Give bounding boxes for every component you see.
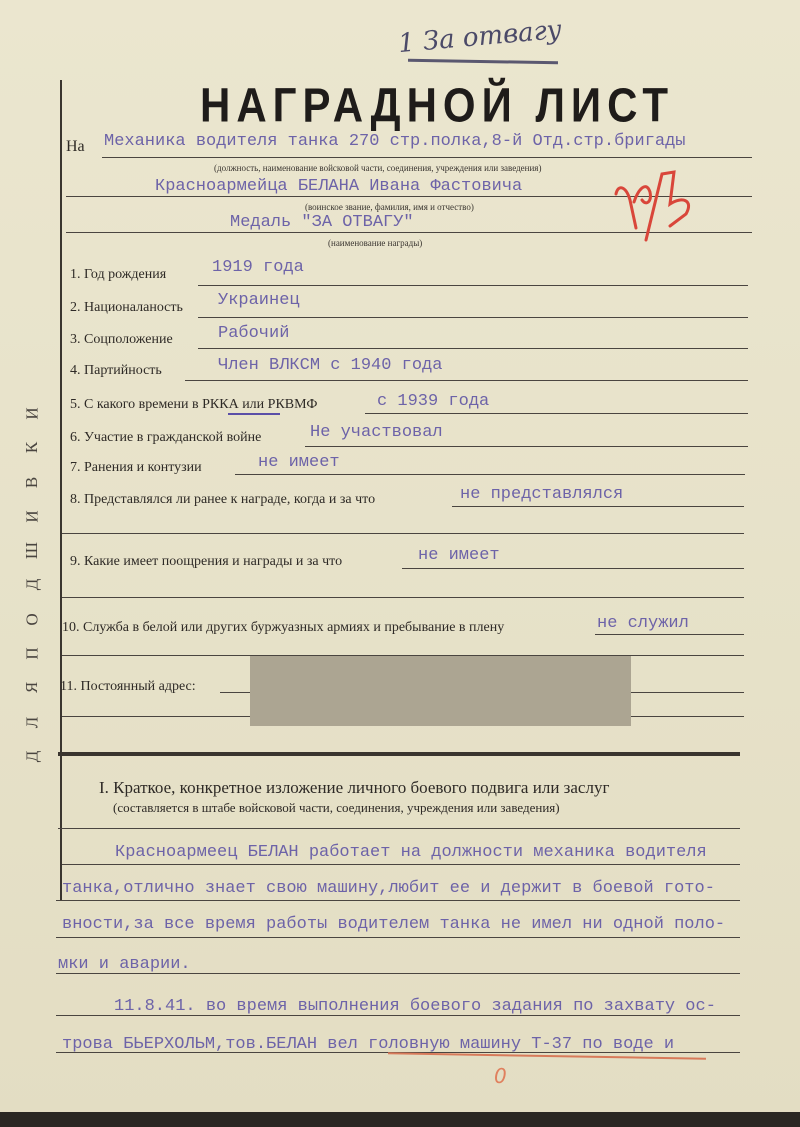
narrative-line-3: вности,за все время работы водителем тан… (62, 915, 725, 934)
na-label: На (66, 138, 85, 155)
award-caption: (наименование награды) (328, 238, 422, 248)
field-commendations: 9. Какие имеет поощрения и награды и за … (70, 552, 342, 570)
field-wounds: 7. Ранения и контузии (70, 458, 202, 476)
rule (235, 474, 745, 475)
field-party: 4. Партийность (70, 361, 162, 379)
rule (595, 634, 744, 635)
binding-margin-label: Д Л Я П О Д Ш И В К И (20, 405, 44, 765)
rule (56, 900, 740, 901)
rule (305, 446, 748, 447)
rkka-underline (228, 413, 280, 415)
rule (102, 157, 752, 158)
field-service-since: 5. С какого времени в РККА или РКВМФ (70, 395, 317, 413)
civil-war-value: Не участвовал (310, 423, 443, 442)
rule (452, 506, 744, 507)
party-value: Член ВЛКСМ с 1940 года (218, 356, 442, 375)
field-civil-war: 6. Участие в гражданской войне (70, 428, 261, 446)
previous-awards-value: не представлялся (460, 485, 623, 504)
narrative-line-4: мки и аварии. (58, 955, 191, 974)
position-value: Механика водителя танка 270 стр.полка,8-… (104, 132, 686, 151)
commendations-value: не имеет (418, 546, 500, 565)
birth-year-value: 1919 года (212, 258, 304, 277)
section-1-title: I. Краткое, конкретное изложение личного… (99, 778, 609, 798)
rule (58, 828, 740, 829)
field-address: 11. Постоянный адрес: (60, 677, 196, 695)
position-row: На (66, 138, 85, 156)
service-since-value: с 1939 года (377, 392, 489, 411)
rule (198, 317, 748, 318)
binding-margin-line (60, 80, 62, 900)
scan-bottom-edge (0, 1112, 800, 1127)
rule (198, 348, 748, 349)
rule (62, 864, 740, 865)
field-birth-year: 1. Год рождения (70, 265, 166, 283)
section-divider (58, 752, 740, 756)
rule (365, 413, 748, 414)
field-social-status: 3. Соцположение (70, 330, 173, 348)
narrative-line-1: Красноармеец БЕЛАН работает на должности… (115, 843, 707, 862)
name-caption: (воинское звание, фамилия, имя и отчеств… (305, 202, 474, 212)
field-nationality: 2. Националаность (70, 298, 183, 316)
white-army-value: не служил (597, 614, 689, 633)
field-white-army: 10. Служба в белой или других буржуазных… (62, 618, 504, 636)
narrative-line-5: 11.8.41. во время выполнения боевого зад… (114, 997, 716, 1016)
red-pencil-zero: 0 (494, 1064, 507, 1088)
address-redaction (250, 656, 631, 726)
section-1-subtitle: (составляется в штабе войсковой части, с… (113, 800, 560, 816)
wounds-value: не имеет (258, 453, 340, 472)
rule (185, 380, 748, 381)
narrative-line-2: танка,отлично знает свою машину,любит ее… (62, 879, 715, 898)
field-previous-awards: 8. Представлялся ли ранее к награде, ког… (70, 490, 375, 508)
position-caption: (должность, наименование войсковой части… (214, 163, 541, 173)
rule (198, 285, 748, 286)
name-value: Красноармейца БЕЛАНА Ивана Фастовича (155, 177, 522, 196)
nationality-value: Украинец (218, 291, 300, 310)
rule (56, 937, 740, 938)
rule (402, 568, 744, 569)
red-pencil-initials (612, 166, 702, 246)
social-status-value: Рабочий (218, 324, 289, 343)
rule (56, 1015, 740, 1016)
rule (62, 597, 744, 598)
rule (62, 533, 744, 534)
award-value: Медаль "ЗА ОТВАГУ" (230, 213, 414, 232)
rule (56, 973, 740, 974)
page-title: НАГРАДНОЙ ЛИСТ (200, 78, 674, 133)
